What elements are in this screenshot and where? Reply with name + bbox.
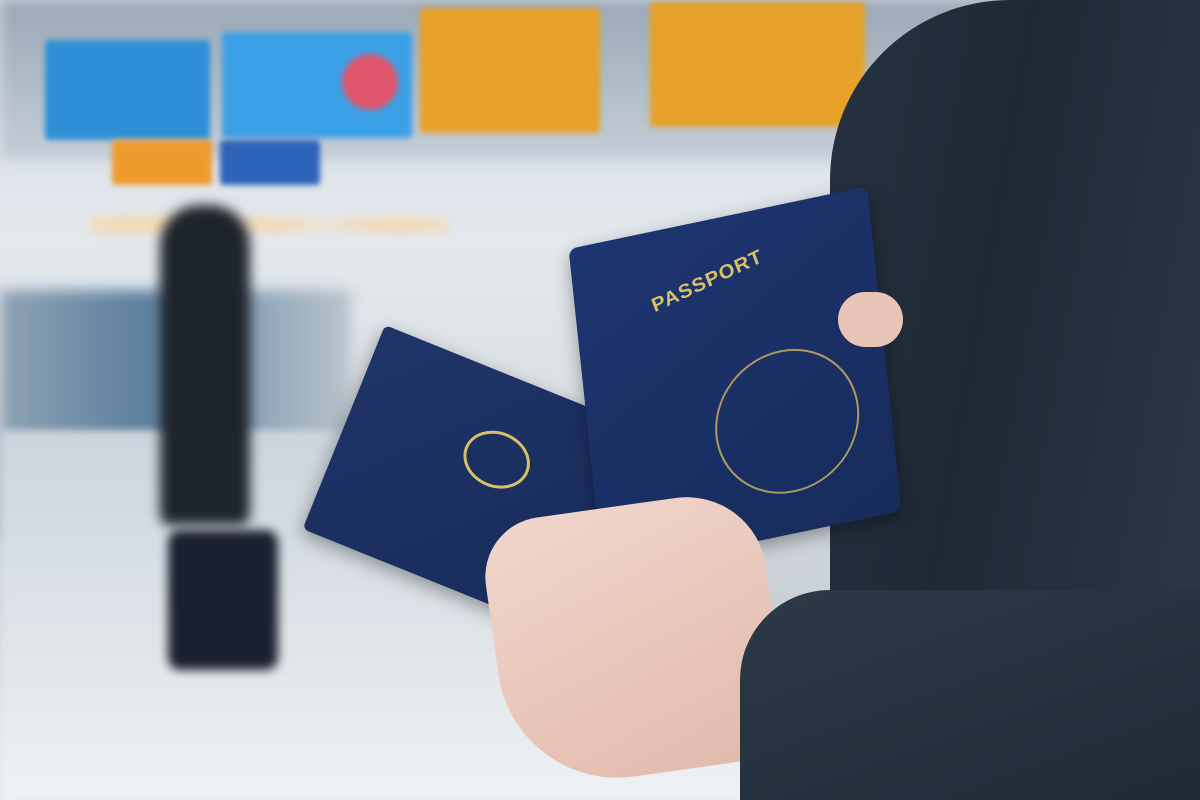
flight-board — [650, 2, 865, 127]
suitcase — [168, 530, 278, 670]
thumb — [838, 292, 903, 347]
coat-sleeve — [740, 590, 1200, 800]
sign-orange — [112, 140, 212, 185]
sign-blue — [220, 140, 320, 185]
flight-board — [420, 8, 600, 133]
passport-title: PASSPORT — [649, 246, 766, 318]
departure-screen — [45, 40, 210, 140]
background-traveler — [160, 205, 250, 525]
departure-screen — [222, 32, 412, 138]
ceiling-lights — [90, 195, 450, 255]
globe-emblem-icon — [708, 335, 866, 507]
screen-graphic — [342, 54, 398, 110]
emblem-seal-icon — [455, 421, 539, 498]
